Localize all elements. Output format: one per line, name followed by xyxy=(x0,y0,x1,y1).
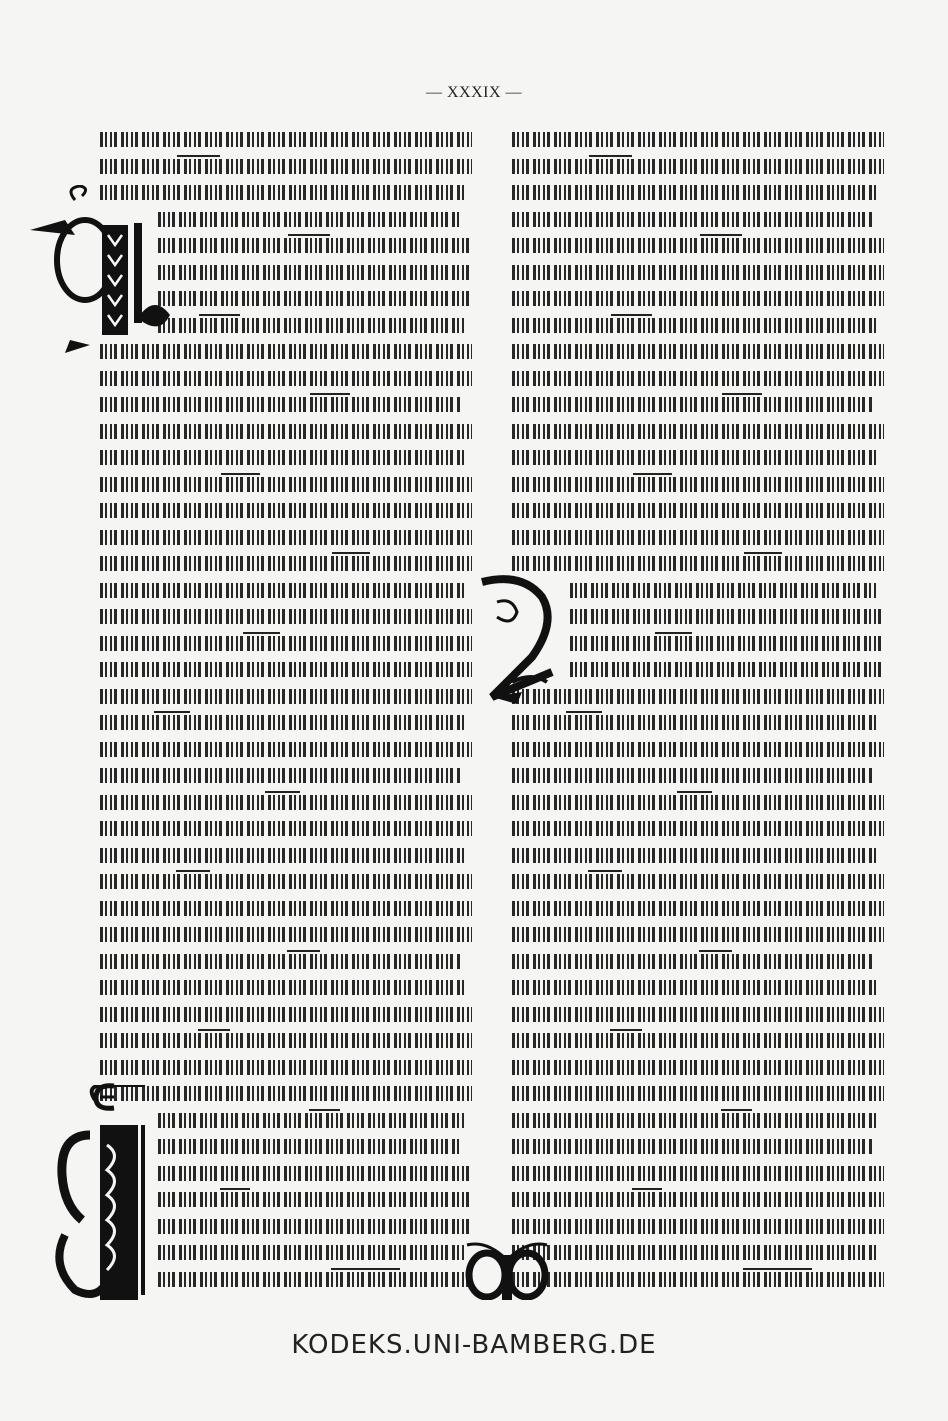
watermark-url: KODEKS.UNI-BAMBERG.DE xyxy=(0,1330,948,1360)
manuscript-text-line xyxy=(100,1241,472,1268)
manuscript-text-line xyxy=(512,1215,884,1242)
manuscript-text-line xyxy=(100,552,472,579)
manuscript-text-line xyxy=(512,128,884,155)
manuscript-text-line xyxy=(100,526,472,553)
manuscript-text-line xyxy=(100,1268,472,1295)
manuscript-text-line xyxy=(512,340,884,367)
manuscript-text-line xyxy=(512,711,884,738)
manuscript-text-line xyxy=(100,446,472,473)
manuscript-text-line xyxy=(100,1162,472,1189)
manuscript-text-line xyxy=(512,1268,884,1295)
manuscript-text-line xyxy=(100,711,472,738)
manuscript-text-line xyxy=(512,791,884,818)
manuscript-text-line xyxy=(512,261,884,288)
manuscript-text-line xyxy=(100,155,472,182)
page-folio-number: — XXXIX — xyxy=(0,84,948,102)
small-initial-icon xyxy=(92,1082,122,1112)
manuscript-text-line xyxy=(512,817,884,844)
manuscript-text-line xyxy=(100,870,472,897)
manuscript-text-line xyxy=(512,1082,884,1109)
manuscript-text-line xyxy=(100,579,472,606)
manuscript-text-line xyxy=(100,420,472,447)
manuscript-text-line xyxy=(512,1241,884,1268)
manuscript-text-line xyxy=(100,738,472,765)
manuscript-text-line xyxy=(512,1188,884,1215)
manuscript-text-line xyxy=(100,817,472,844)
decorated-initial-icon xyxy=(462,1240,552,1300)
manuscript-text-line xyxy=(512,155,884,182)
manuscript-text-line xyxy=(512,738,884,765)
manuscript-text-line xyxy=(100,632,472,659)
manuscript-text-line xyxy=(100,473,472,500)
manuscript-text-line xyxy=(512,526,884,553)
manuscript-text-line xyxy=(512,287,884,314)
manuscript-text-line xyxy=(512,1056,884,1083)
manuscript-text-line xyxy=(512,1029,884,1056)
manuscript-text-line xyxy=(512,870,884,897)
manuscript-text-line xyxy=(100,393,472,420)
manuscript-text-line xyxy=(512,234,884,261)
manuscript-text-line xyxy=(512,181,884,208)
manuscript-text-line xyxy=(100,499,472,526)
manuscript-text-line xyxy=(100,367,472,394)
decorated-initial-icon xyxy=(30,185,170,355)
decorated-initial-icon xyxy=(45,1085,145,1305)
manuscript-text-line xyxy=(100,1188,472,1215)
manuscript-text-line xyxy=(100,1109,472,1136)
manuscript-text-line xyxy=(100,1082,472,1109)
manuscript-text-line xyxy=(100,950,472,977)
manuscript-page: — XXXIX — xyxy=(0,0,948,1421)
manuscript-text-line xyxy=(512,367,884,394)
manuscript-text-line xyxy=(100,764,472,791)
manuscript-text-line xyxy=(100,658,472,685)
manuscript-text-line xyxy=(100,685,472,712)
manuscript-text-line xyxy=(512,844,884,871)
manuscript-text-line xyxy=(100,1135,472,1162)
manuscript-text-line xyxy=(512,208,884,235)
manuscript-text-line xyxy=(512,393,884,420)
manuscript-text-line xyxy=(512,897,884,924)
manuscript-text-line xyxy=(100,976,472,1003)
manuscript-text-line xyxy=(512,976,884,1003)
manuscript-text-line xyxy=(512,1135,884,1162)
manuscript-text-line xyxy=(100,844,472,871)
manuscript-text-line xyxy=(512,1003,884,1030)
manuscript-text-line xyxy=(100,897,472,924)
manuscript-text-line xyxy=(100,923,472,950)
manuscript-text-line xyxy=(512,473,884,500)
manuscript-text-line xyxy=(100,605,472,632)
manuscript-text-line xyxy=(512,1109,884,1136)
manuscript-text-line xyxy=(512,446,884,473)
manuscript-text-line xyxy=(100,791,472,818)
manuscript-text-line xyxy=(100,1029,472,1056)
manuscript-text-line xyxy=(100,1215,472,1242)
manuscript-text-line xyxy=(512,420,884,447)
manuscript-text-line xyxy=(100,1056,472,1083)
decorated-initial-icon xyxy=(472,572,572,712)
manuscript-text-line xyxy=(512,923,884,950)
manuscript-text-line xyxy=(512,499,884,526)
manuscript-text-line xyxy=(512,1162,884,1189)
manuscript-text-line xyxy=(100,1003,472,1030)
manuscript-text-line xyxy=(100,128,472,155)
manuscript-text-line xyxy=(512,764,884,791)
manuscript-text-line xyxy=(512,314,884,341)
manuscript-text-line xyxy=(512,950,884,977)
